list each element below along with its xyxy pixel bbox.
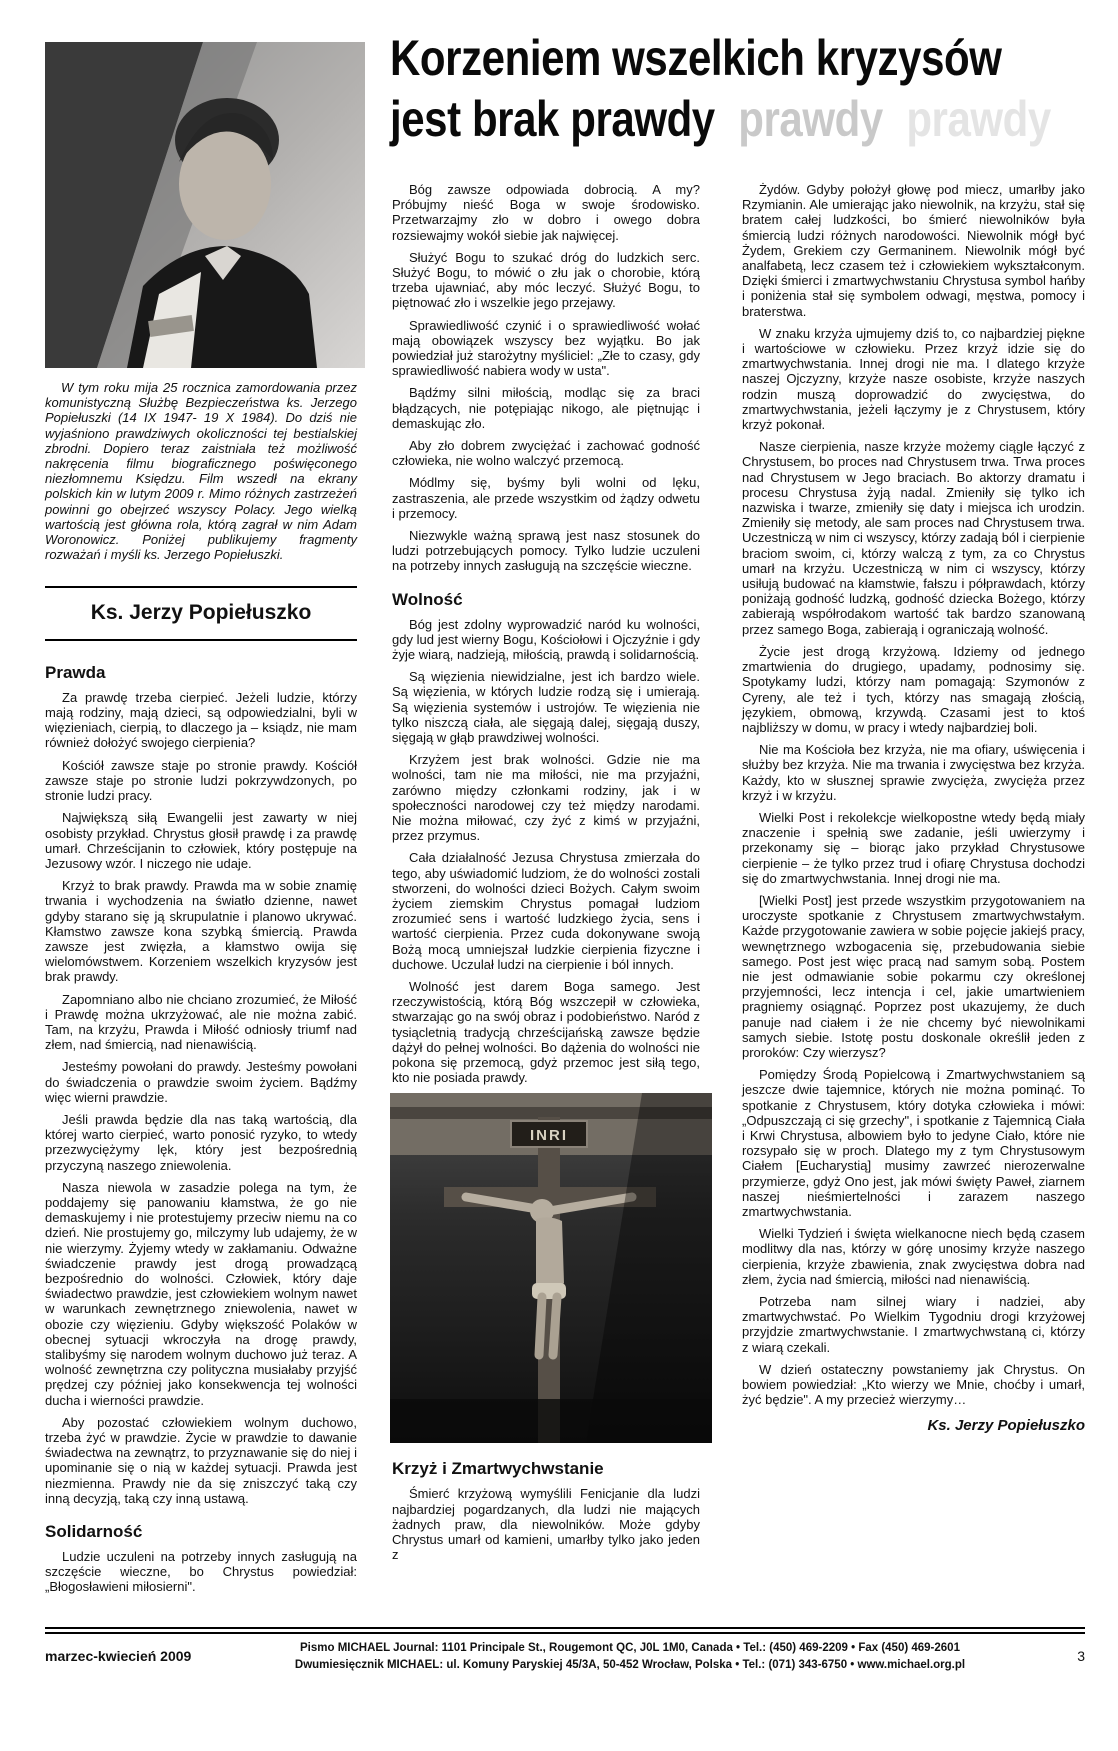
crucifix-graphic: INRI [390, 1093, 712, 1443]
paragraph: Wielki Post i rekolekcje wielkopostne wt… [742, 810, 1085, 886]
paragraph: W znaku krzyża ujmujemy dziś to, co najb… [742, 326, 1085, 432]
paragraph: Nie ma Kościoła bez krzyża, nie ma ofiar… [742, 742, 1085, 803]
krzyz-paragraphs: Śmierć krzyżową wymyślili Fenicjanie dla… [392, 1486, 700, 1562]
paragraph: Wolność jest darem Boga samego. Jest rze… [392, 979, 700, 1085]
section-heading-krzyz: Krzyż i Zmartwychwstanie [392, 1459, 700, 1479]
headline-line-2: jest brak prawdyprawdyprawdy [390, 89, 995, 150]
paragraph: Ludzie uczuleni na potrzeby innych zasłu… [45, 1549, 357, 1595]
footer-issue-date: marzec-kwiecień 2009 [45, 1640, 235, 1664]
paragraph: Wielki Tydzień i święta wielkanocne niec… [742, 1226, 1085, 1287]
priest-portrait-photo [45, 42, 365, 368]
paragraph: Jeśli prawda będzie dla nas taką wartośc… [45, 1112, 357, 1173]
paragraph: Największą siłą Ewangelii jest zawarty w… [45, 810, 357, 871]
prawda-paragraphs: Za prawdę trzeba cierpieć. Jeżeli ludzie… [45, 690, 357, 1506]
page-number: 3 [1025, 1640, 1085, 1664]
paragraph: Bóg jest zdolny wyprowadzić naród ku wol… [392, 617, 700, 663]
paragraph: Aby zło dobrem zwyciężać i zachować godn… [392, 438, 700, 468]
inri-sign-text: INRI [530, 1127, 568, 1144]
paragraph: Za prawdę trzeba cierpieć. Jeżeli ludzie… [45, 690, 357, 751]
footer-publisher-line-1: Pismo MICHAEL Journal: 1101 Principale S… [235, 1640, 1025, 1657]
wolnosc-paragraphs: Bóg jest zdolny wyprowadzić naród ku wol… [392, 617, 700, 1086]
headline-ghost-word-2: prawdy [906, 91, 1051, 147]
paragraph: Pomiędzy Środą Popielcową i Zmartwychwst… [742, 1067, 1085, 1219]
footer: marzec-kwiecień 2009 Pismo MICHAEL Journ… [45, 1640, 1085, 1674]
section-heading-solidarnosc: Solidarność [45, 1522, 357, 1542]
solidarnosc-paragraphs: Ludzie uczuleni na potrzeby innych zasłu… [45, 1549, 357, 1595]
author-signature: Ks. Jerzy Popiełuszko [742, 1417, 1085, 1435]
paragraph: Jesteśmy powołani do prawdy. Jesteśmy po… [45, 1059, 357, 1105]
paragraph: Żydów. Gdyby położył głowę pod miecz, um… [742, 182, 1085, 319]
headline-ghost-word-1: prawdy [738, 91, 883, 147]
footer-double-rule [45, 1627, 1085, 1634]
paragraph: Aby pozostać człowiekiem wolnym duchowo,… [45, 1415, 357, 1506]
paragraph: W dzień ostateczny powstaniemy jak Chrys… [742, 1362, 1085, 1408]
headline-line-1: Korzeniem wszelkich kryzysów [390, 28, 995, 89]
section-heading-wolnosc: Wolność [392, 590, 700, 610]
paragraph: Krzyżem jest brak wolności. Gdzie nie ma… [392, 752, 700, 843]
paragraph: Służyć Bogu to szukać dróg do ludzkich s… [392, 250, 700, 311]
paragraph: Kościół zawsze staje po stronie prawdy. … [45, 758, 357, 804]
footer-publisher-line-2: Dwumiesięcznik MICHAEL: ul. Komuny Parys… [235, 1657, 1025, 1674]
middle-top-paragraphs: Bóg zawsze odpowiada dobrocią. A my? Pró… [392, 182, 700, 574]
paragraph: Módlmy się, byśmy byli wolni od lęku, za… [392, 475, 700, 521]
paragraph: Bądźmy silni miłością, modląc się za bra… [392, 385, 700, 431]
paragraph: Życie jest drogą krzyżową. Idziemy od je… [742, 644, 1085, 735]
paragraph: Niezwykle ważną sprawą jest nasz stosune… [392, 528, 700, 574]
photo-caption: W tym roku mija 25 rocznica zamordowania… [45, 380, 357, 562]
paragraph: Bóg zawsze odpowiada dobrocią. A my? Pró… [392, 182, 700, 243]
paragraph: Nasza niewola w zasadzie polega na tym, … [45, 1180, 357, 1408]
paragraph: Potrzeba nam silnej wiary i nadziei, aby… [742, 1294, 1085, 1355]
paragraph: Śmierć krzyżową wymyślili Fenicjanie dla… [392, 1486, 700, 1562]
column-left: W tym roku mija 25 rocznica zamordowania… [45, 380, 357, 1602]
paragraph: Krzyż to brak prawdy. Prawda ma w sobie … [45, 878, 357, 984]
paragraph: Sprawiedliwość czynić i o sprawiedliwość… [392, 318, 700, 379]
column-right: Żydów. Gdyby położył głowę pod miecz, um… [742, 182, 1085, 1442]
paragraph: Są więzienia niewidzialne, jest ich bard… [392, 669, 700, 745]
paragraph: [Wielki Post] jest przede wszystkim przy… [742, 893, 1085, 1060]
column-middle: Bóg zawsze odpowiada dobrocią. A my? Pró… [392, 182, 700, 1569]
section-heading-prawda: Prawda [45, 663, 357, 683]
footer-publisher-info: Pismo MICHAEL Journal: 1101 Principale S… [235, 1640, 1025, 1674]
author-box: Ks. Jerzy Popiełuszko [45, 586, 357, 641]
newspaper-page: Korzeniem wszelkich kryzysów jest brak p… [0, 0, 1118, 1751]
paragraph: Nasze cierpienia, nasze krzyże możemy ci… [742, 439, 1085, 637]
paragraph: Cała działalność Jezusa Chrystusa zmierz… [392, 850, 700, 972]
right-paragraphs: Żydów. Gdyby położył głowę pod miecz, um… [742, 182, 1085, 1407]
paragraph: Zapomniano albo nie chciano zrozumieć, ż… [45, 992, 357, 1053]
article-headline: Korzeniem wszelkich kryzysów jest brak p… [390, 28, 1110, 150]
priest-portrait-graphic [45, 42, 365, 368]
crucifix-photo: INRI [390, 1093, 712, 1443]
